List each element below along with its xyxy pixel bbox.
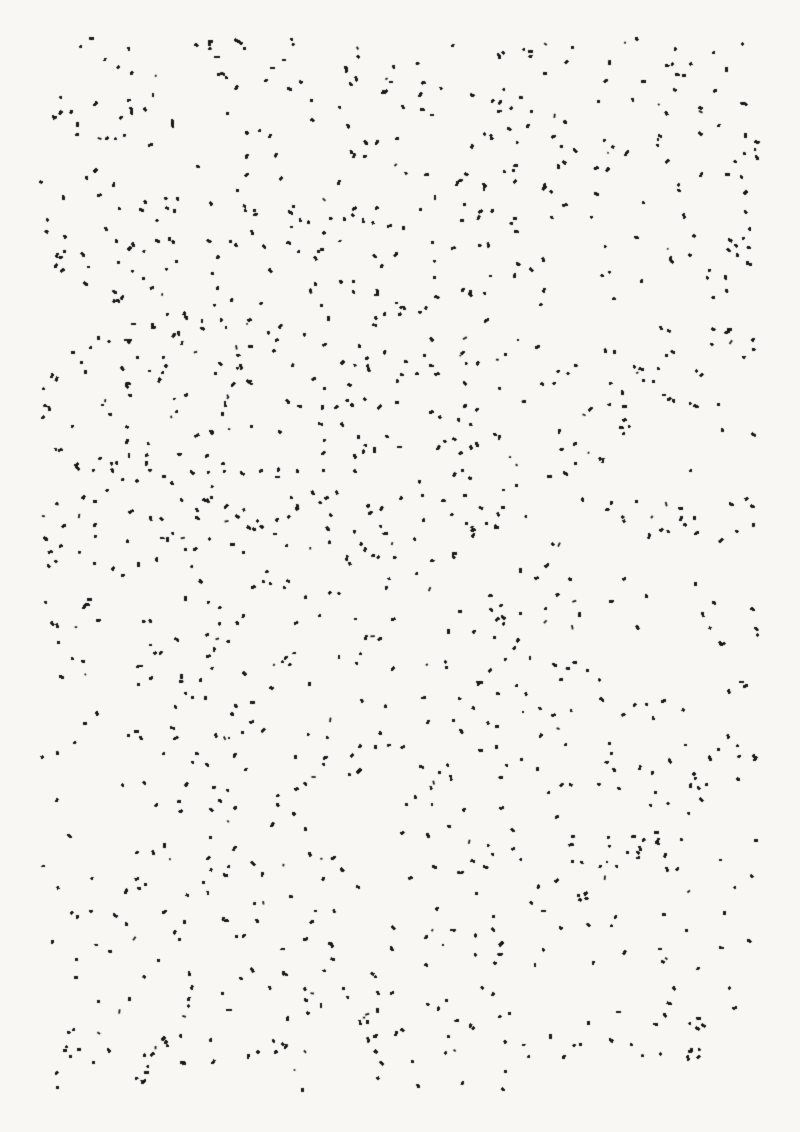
stippled-print-artwork (0, 0, 800, 1132)
